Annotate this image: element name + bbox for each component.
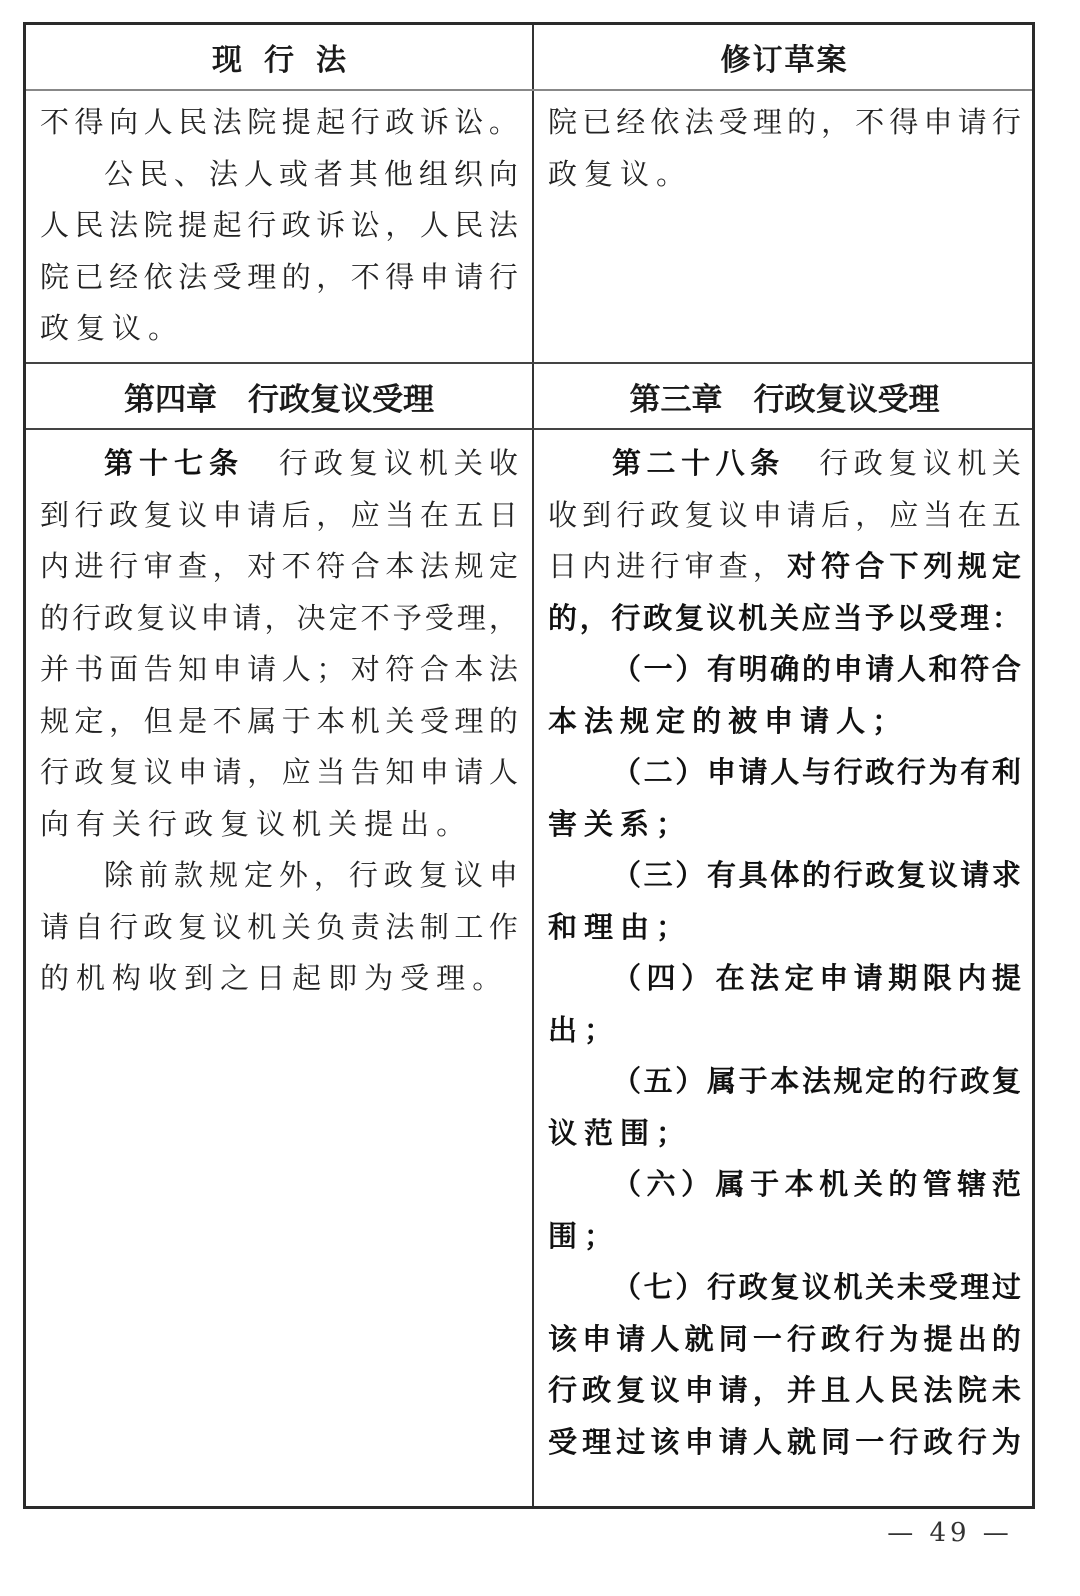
text-line: 第十七条 行政复议机关收: [40, 438, 518, 490]
text-line: 院已经依法受理的，不得申请行: [548, 97, 1021, 149]
text-line: 公民、法人或者其他组织向: [40, 149, 518, 201]
text-line: （一）有明确的申请人和符合: [548, 644, 1021, 696]
text-line: 除前款规定外，行政复议申: [40, 850, 518, 902]
text-line: （三）有具体的行政复议请求: [548, 850, 1021, 902]
chapter-title-right: 第三章 行政复议受理: [534, 364, 1035, 428]
header-revision-draft: 修订草案: [534, 25, 1035, 89]
text-line: 到行政复议申请后，应当在五日: [40, 490, 518, 542]
page-number: — 49 —: [870, 1518, 1030, 1548]
text-line: （七）行政复议机关未受理过: [548, 1262, 1021, 1314]
text-line: （四）在法定申请期限内提: [548, 953, 1021, 1005]
text-line: 的行政复议申请，决定不予受理，: [40, 593, 518, 645]
text-line: 的，行政复议机关应当予以受理：: [548, 593, 1021, 645]
text-line: 向有关行政复议机关提出。: [40, 799, 518, 851]
article-17-current-law: 第十七条 行政复议机关收到行政复议申请后，应当在五日内进行审查，对不符合本法规定…: [26, 438, 532, 1498]
text-line: 政复议。: [40, 303, 518, 355]
article-28-revision-draft: 第二十八条 行政复议机关收到行政复议申请后，应当在五日内进行审查，对符合下列规定…: [534, 438, 1035, 1498]
text-line: （六）属于本机关的管辖范: [548, 1159, 1021, 1211]
text-line: 政复议。: [548, 149, 1021, 201]
text-line: 不得向人民法院提起行政诉讼。: [40, 97, 518, 149]
text-line: 第二十八条 行政复议机关: [548, 438, 1021, 490]
text-line: 的机构收到之日起即为受理。: [40, 953, 518, 1005]
text-line: 议范围；: [548, 1108, 1021, 1160]
text-line: 院已经依法受理的，不得申请行: [40, 252, 518, 304]
text-line: 围；: [548, 1211, 1021, 1263]
text-line: 害关系；: [548, 799, 1021, 851]
text-line: （二）申请人与行政行为有利: [548, 747, 1021, 799]
text-line: 人民法院提起行政诉讼，人民法: [40, 200, 518, 252]
text-line: 收到行政复议申请后，应当在五: [548, 490, 1021, 542]
text-line: 本法规定的被申请人；: [548, 696, 1021, 748]
header-divider: [26, 89, 1032, 91]
row-divider-2: [26, 428, 1032, 430]
text-line: 行政复议申请，并且人民法院未: [548, 1365, 1021, 1417]
text-line: 请自行政复议机关负责法制工作: [40, 902, 518, 954]
text-line: （五）属于本法规定的行政复: [548, 1056, 1021, 1108]
text-line: 出；: [548, 1005, 1021, 1057]
text-line: 规定，但是不属于本机关受理的: [40, 696, 518, 748]
text-line: 并书面告知申请人；对符合本法: [40, 644, 518, 696]
chapter-title-left: 第四章 行政复议受理: [26, 364, 532, 428]
text-line: 该申请人就同一行政行为提出的: [548, 1314, 1021, 1366]
text-line: 内进行审查，对不符合本法规定: [40, 541, 518, 593]
text-line: 日内进行审查，对符合下列规定: [548, 541, 1021, 593]
text-line: 受理过该申请人就同一行政行为: [548, 1417, 1021, 1469]
header-current-law: 现行法: [26, 25, 532, 89]
text-line: 行政复议申请，应当告知申请人: [40, 747, 518, 799]
comparison-table: 现行法 修订草案 不得向人民法院提起行政诉讼。公民、法人或者其他组织向人民法院提…: [23, 22, 1035, 1509]
text-line: 和理由；: [548, 902, 1021, 954]
top-row-right: 院已经依法受理的，不得申请行政复议。: [534, 97, 1035, 365]
top-row-left: 不得向人民法院提起行政诉讼。公民、法人或者其他组织向人民法院提起行政诉讼，人民法…: [26, 97, 532, 365]
